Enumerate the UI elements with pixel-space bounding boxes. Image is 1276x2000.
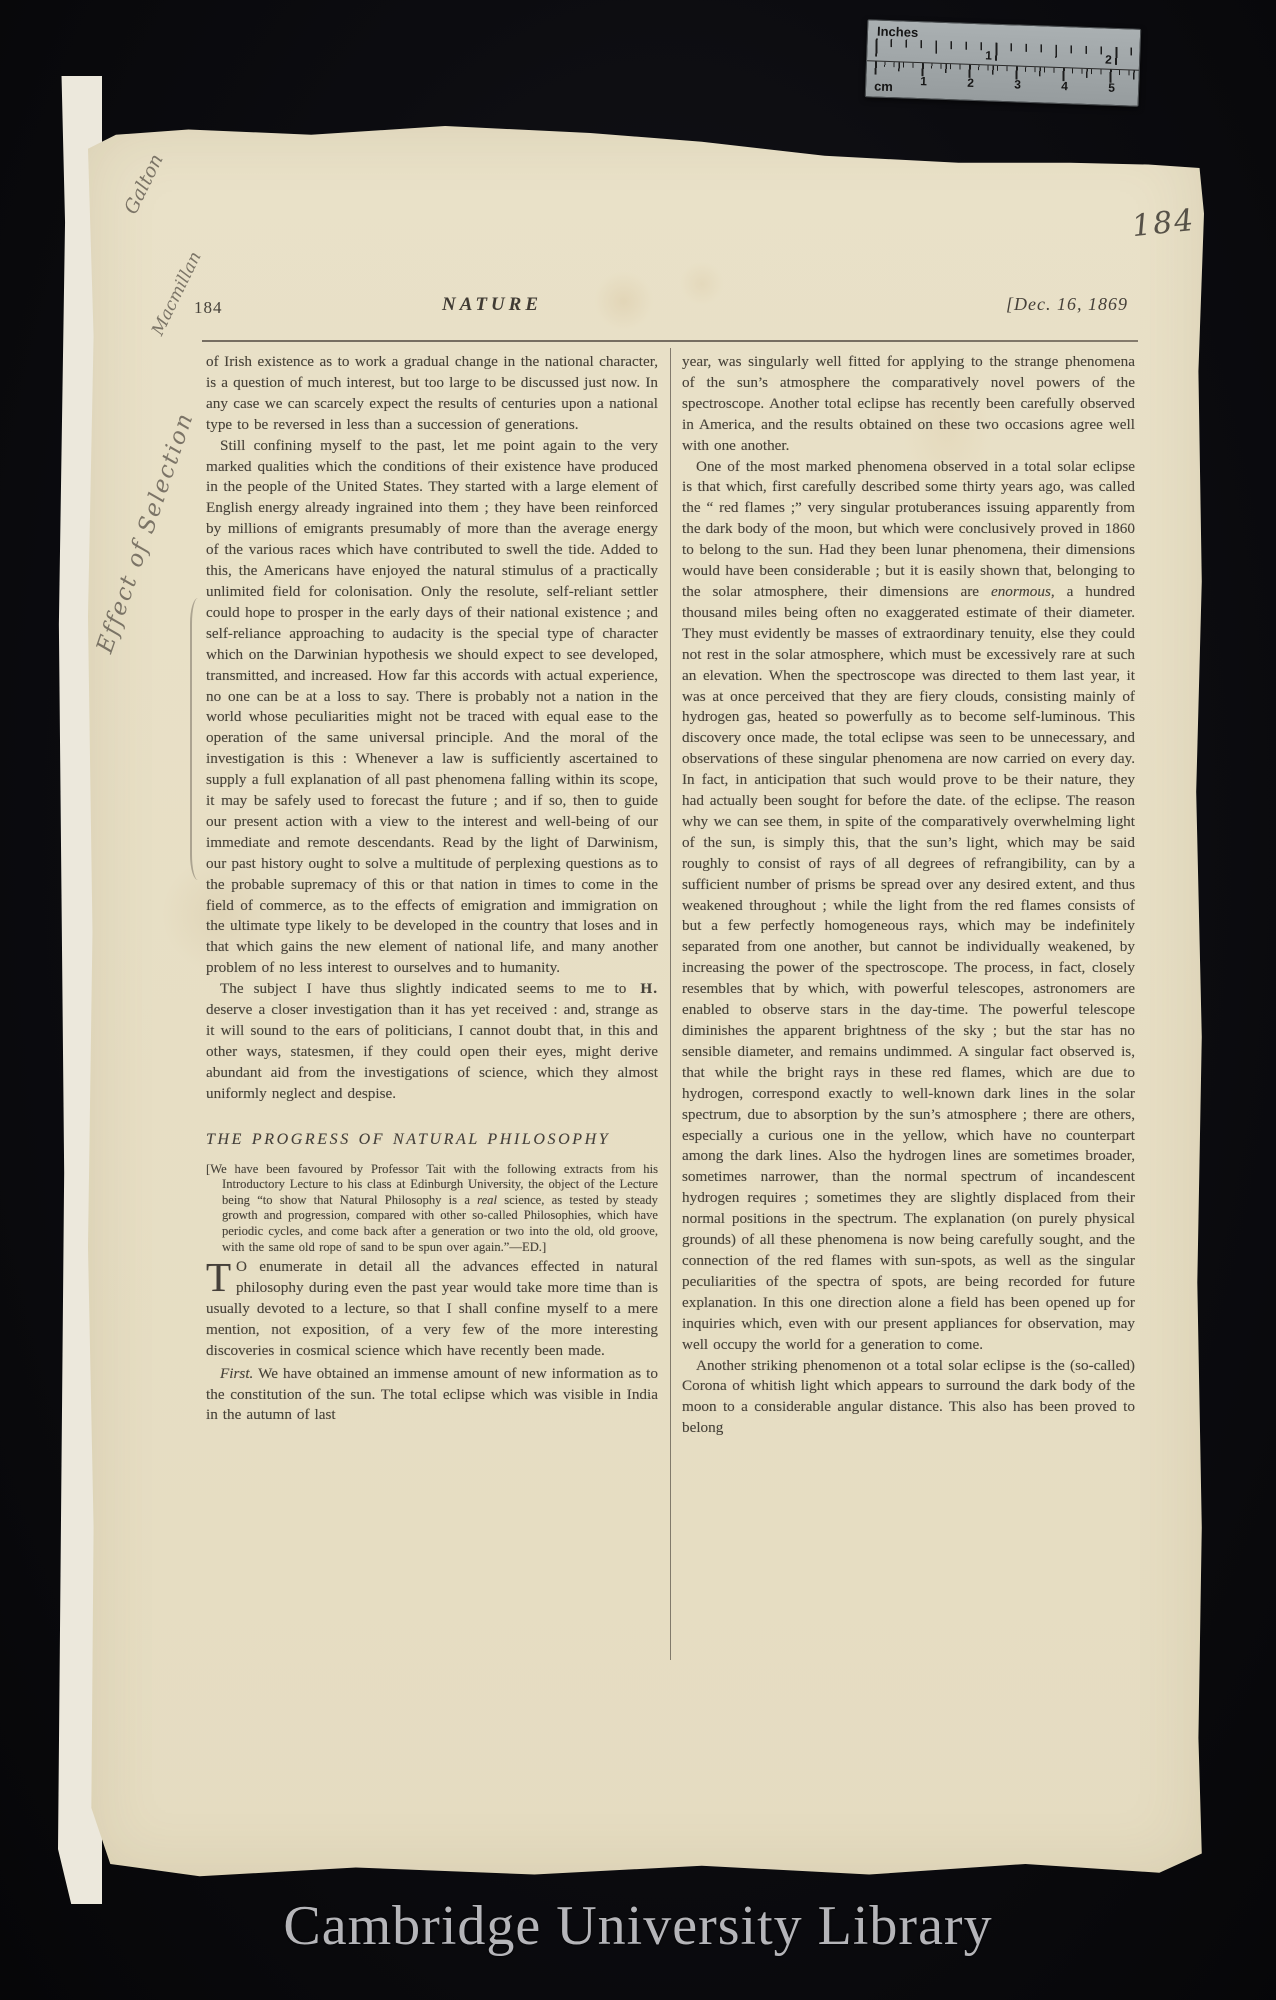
ruler-number: 2 — [1105, 53, 1112, 67]
measuring-ruler: Inches 12 12345 cm — [865, 19, 1142, 107]
paragraph: [We have been favoured by Professor Tait… — [206, 1162, 658, 1256]
paragraph: One of the most marked phenomena observe… — [682, 457, 1135, 1356]
ruler-number: 3 — [1014, 77, 1021, 91]
right-column-paragraphs: year, was singularly well fitted for app… — [682, 352, 1135, 1439]
printed-page-number: 184 — [194, 298, 223, 318]
paragraph: Still confining myself to the past, let … — [206, 436, 658, 980]
header-rule — [202, 340, 1138, 342]
pencil-margin-mark — [190, 598, 206, 880]
left-column: of Irish existence as to work a gradual … — [206, 352, 658, 1426]
author-initial: H. — [626, 979, 658, 1000]
paragraph: Another striking phenomenon ot a total s… — [682, 1356, 1135, 1440]
library-watermark: Cambridge University Library — [0, 1894, 1276, 1958]
issue-date: [Dec. 16, 1869 — [1006, 294, 1128, 315]
section-heading: THE PROGRESS OF NATURAL PHILOSOPHY — [206, 1130, 658, 1151]
article-opening: TO enumerate in detail all the advances … — [206, 1257, 658, 1426]
scan-background: Inches 12 12345 cm 184 NATURE [Dec. 16, … — [0, 0, 1276, 2000]
editor-note: [We have been favoured by Professor Tait… — [206, 1162, 658, 1256]
paragraph: First. We have obtained an immense amoun… — [206, 1364, 658, 1427]
ruler-inches-label: Inches — [877, 24, 919, 40]
right-column: year, was singularly well fitted for app… — [682, 352, 1135, 1439]
column-divider — [670, 348, 671, 1660]
ruler-number: 1 — [920, 74, 927, 88]
left-column-paragraphs: of Irish existence as to work a gradual … — [206, 352, 658, 1105]
ruler-cm-label: cm — [874, 79, 893, 95]
drop-cap: T — [206, 1257, 236, 1295]
journal-page: 184 NATURE [Dec. 16, 1869 of Irish exist… — [88, 126, 1204, 1878]
journal-title: NATURE — [392, 294, 592, 316]
ruler-number: 5 — [1108, 81, 1115, 95]
paragraph: of Irish existence as to work a gradual … — [206, 352, 658, 436]
handwritten-page-number: 184 — [1130, 203, 1197, 244]
paragraph: year, was singularly well fitted for app… — [682, 352, 1135, 457]
ruler-number: 2 — [967, 76, 974, 90]
ruler-number: 4 — [1061, 79, 1068, 93]
ruler-number: 1 — [985, 48, 992, 62]
paragraph: TO enumerate in detail all the advances … — [206, 1257, 658, 1362]
paragraph: H.The subject I have thus slightly indic… — [206, 979, 658, 1104]
